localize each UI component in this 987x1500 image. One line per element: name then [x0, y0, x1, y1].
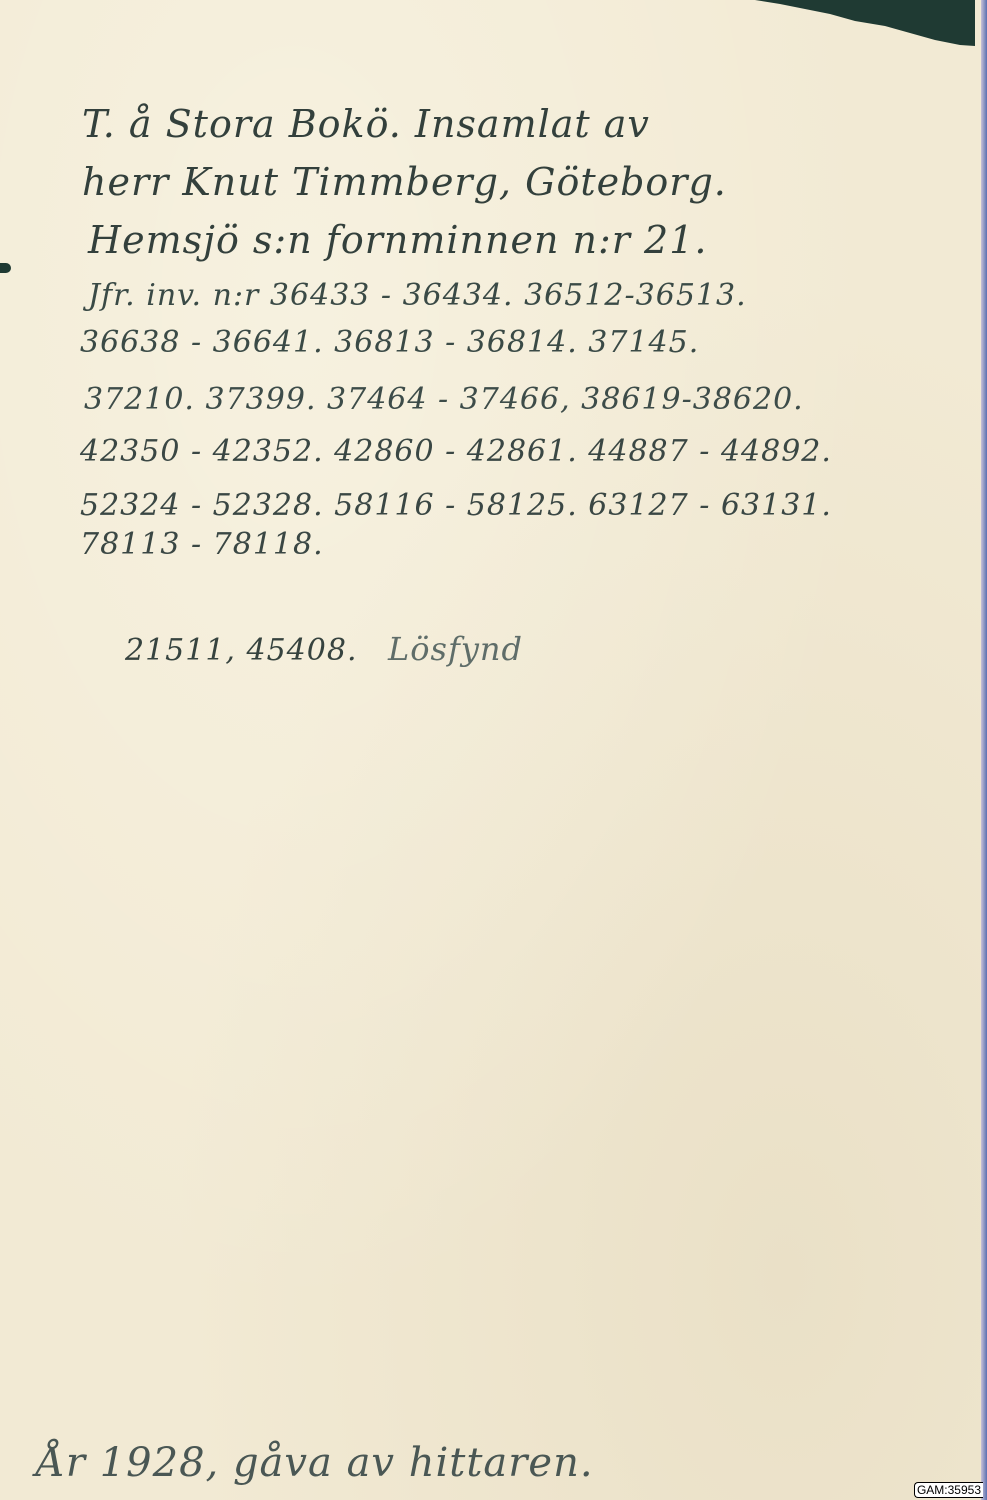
torn-corner: [735, 0, 975, 50]
text-line-1: T. å Stora Bokö. Insamlat av: [82, 102, 650, 146]
inventory-line-1: Jfr. inv. n:r 36433 - 36434. 36512-36513…: [88, 278, 747, 313]
catalogue-id-stamp: GAM:35953: [914, 1482, 983, 1498]
loose-find-label: Lösfynd: [388, 630, 523, 668]
inventory-line-5: 52324 - 52328. 58116 - 58125. 63127 - 63…: [80, 488, 832, 523]
text-line-3: Hemsjö s:n fornminnen n:r 21.: [88, 218, 707, 262]
ink-blot: [0, 263, 11, 273]
loose-find-numbers: 21511, 45408.: [125, 633, 357, 668]
footer-line: År 1928, gåva av hittaren.: [36, 1440, 594, 1486]
document-page: T. å Stora Bokö. Insamlat av herr Knut T…: [0, 0, 981, 1500]
scan-edge: [981, 0, 987, 1500]
inventory-line-3: 37210. 37399. 37464 - 37466, 38619-38620…: [84, 382, 804, 417]
inventory-line-2: 36638 - 36641. 36813 - 36814. 37145.: [80, 325, 699, 360]
loose-find-line: 21511, 45408. Lösfynd: [125, 630, 523, 668]
inventory-line-4: 42350 - 42352. 42860 - 42861. 44887 - 44…: [80, 434, 832, 469]
text-line-2: herr Knut Timmberg, Göteborg.: [82, 160, 727, 204]
inventory-line-6: 78113 - 78118.: [80, 527, 324, 562]
